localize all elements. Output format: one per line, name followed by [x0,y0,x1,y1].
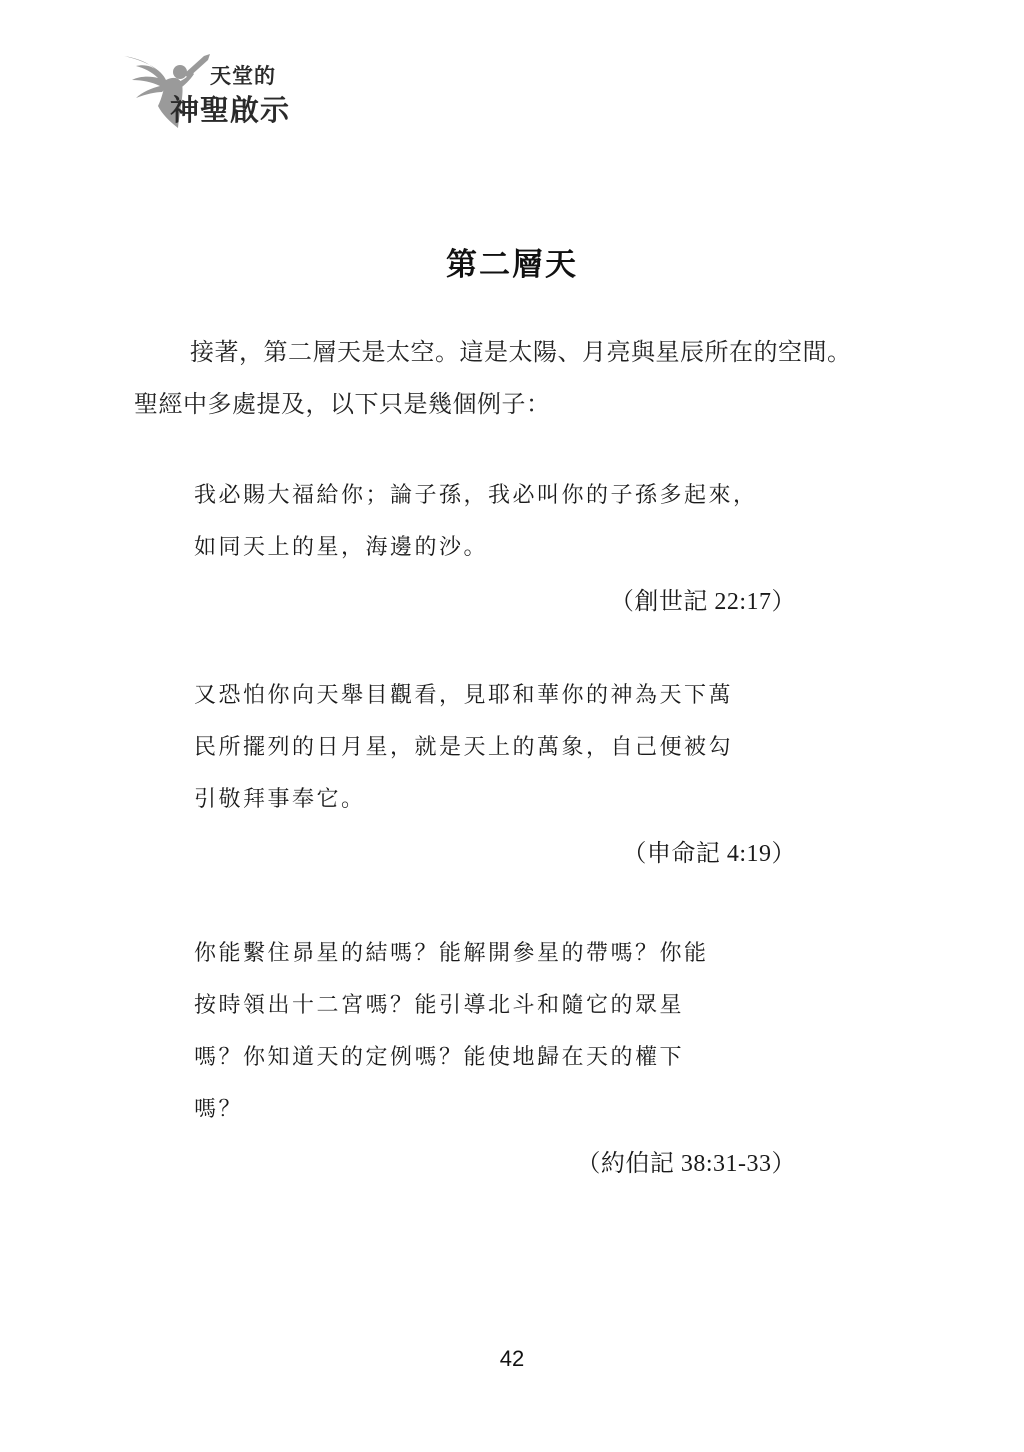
quote-line: 民所擺列的日月星，就是天上的萬象，自己便被勾 [194,722,796,774]
scripture-quote-1: 我必賜大福給你；論子孫，我必叫你的子孫多起來， 如同天上的星，海邊的沙。 （創世… [194,470,796,628]
scripture-quote-2: 又恐怕你向天舉目觀看，見耶和華你的神為天下萬 民所擺列的日月星，就是天上的萬象，… [194,670,796,880]
quote-reference: （創世記 22:17） [194,576,796,628]
quote-line: 嗎？你知道天的定例嗎？能使地歸在天的權下 [194,1032,796,1084]
logo-title-line1: 天堂的 [210,60,276,90]
quote-line: 又恐怕你向天舉目觀看，見耶和華你的神為天下萬 [194,670,796,722]
intro-section: 接著，第二層天是太空。這是太陽、月亮與星辰所在的空間。聖經中多處提及，以下只是幾… [134,326,874,430]
chapter-title: 第二層天 [0,239,1024,284]
quote-reference: （約伯記 38:31-33） [194,1138,796,1190]
intro-paragraph: 接著，第二層天是太空。這是太陽、月亮與星辰所在的空間。聖經中多處提及，以下只是幾… [134,326,874,430]
quote-line: 嗎？ [194,1084,796,1136]
book-logo: 天堂的 神聖啟示 [122,52,302,132]
scripture-quote-3: 你能繫住昴星的結嗎？能解開參星的帶嗎？你能 按時領出十二宮嗎？能引導北斗和隨它的… [194,928,796,1190]
quote-line: 你能繫住昴星的結嗎？能解開參星的帶嗎？你能 [194,928,796,980]
quote-line: 如同天上的星，海邊的沙。 [194,522,796,574]
logo-title-line2: 神聖啟示 [170,88,290,129]
page-number: 42 [0,1346,1024,1372]
quote-line: 我必賜大福給你；論子孫，我必叫你的子孫多起來， [194,470,796,522]
quote-line: 按時領出十二宮嗎？能引導北斗和隨它的眾星 [194,980,796,1032]
quote-reference: （申命記 4:19） [194,828,796,880]
quote-line: 引敬拜事奉它。 [194,774,796,826]
